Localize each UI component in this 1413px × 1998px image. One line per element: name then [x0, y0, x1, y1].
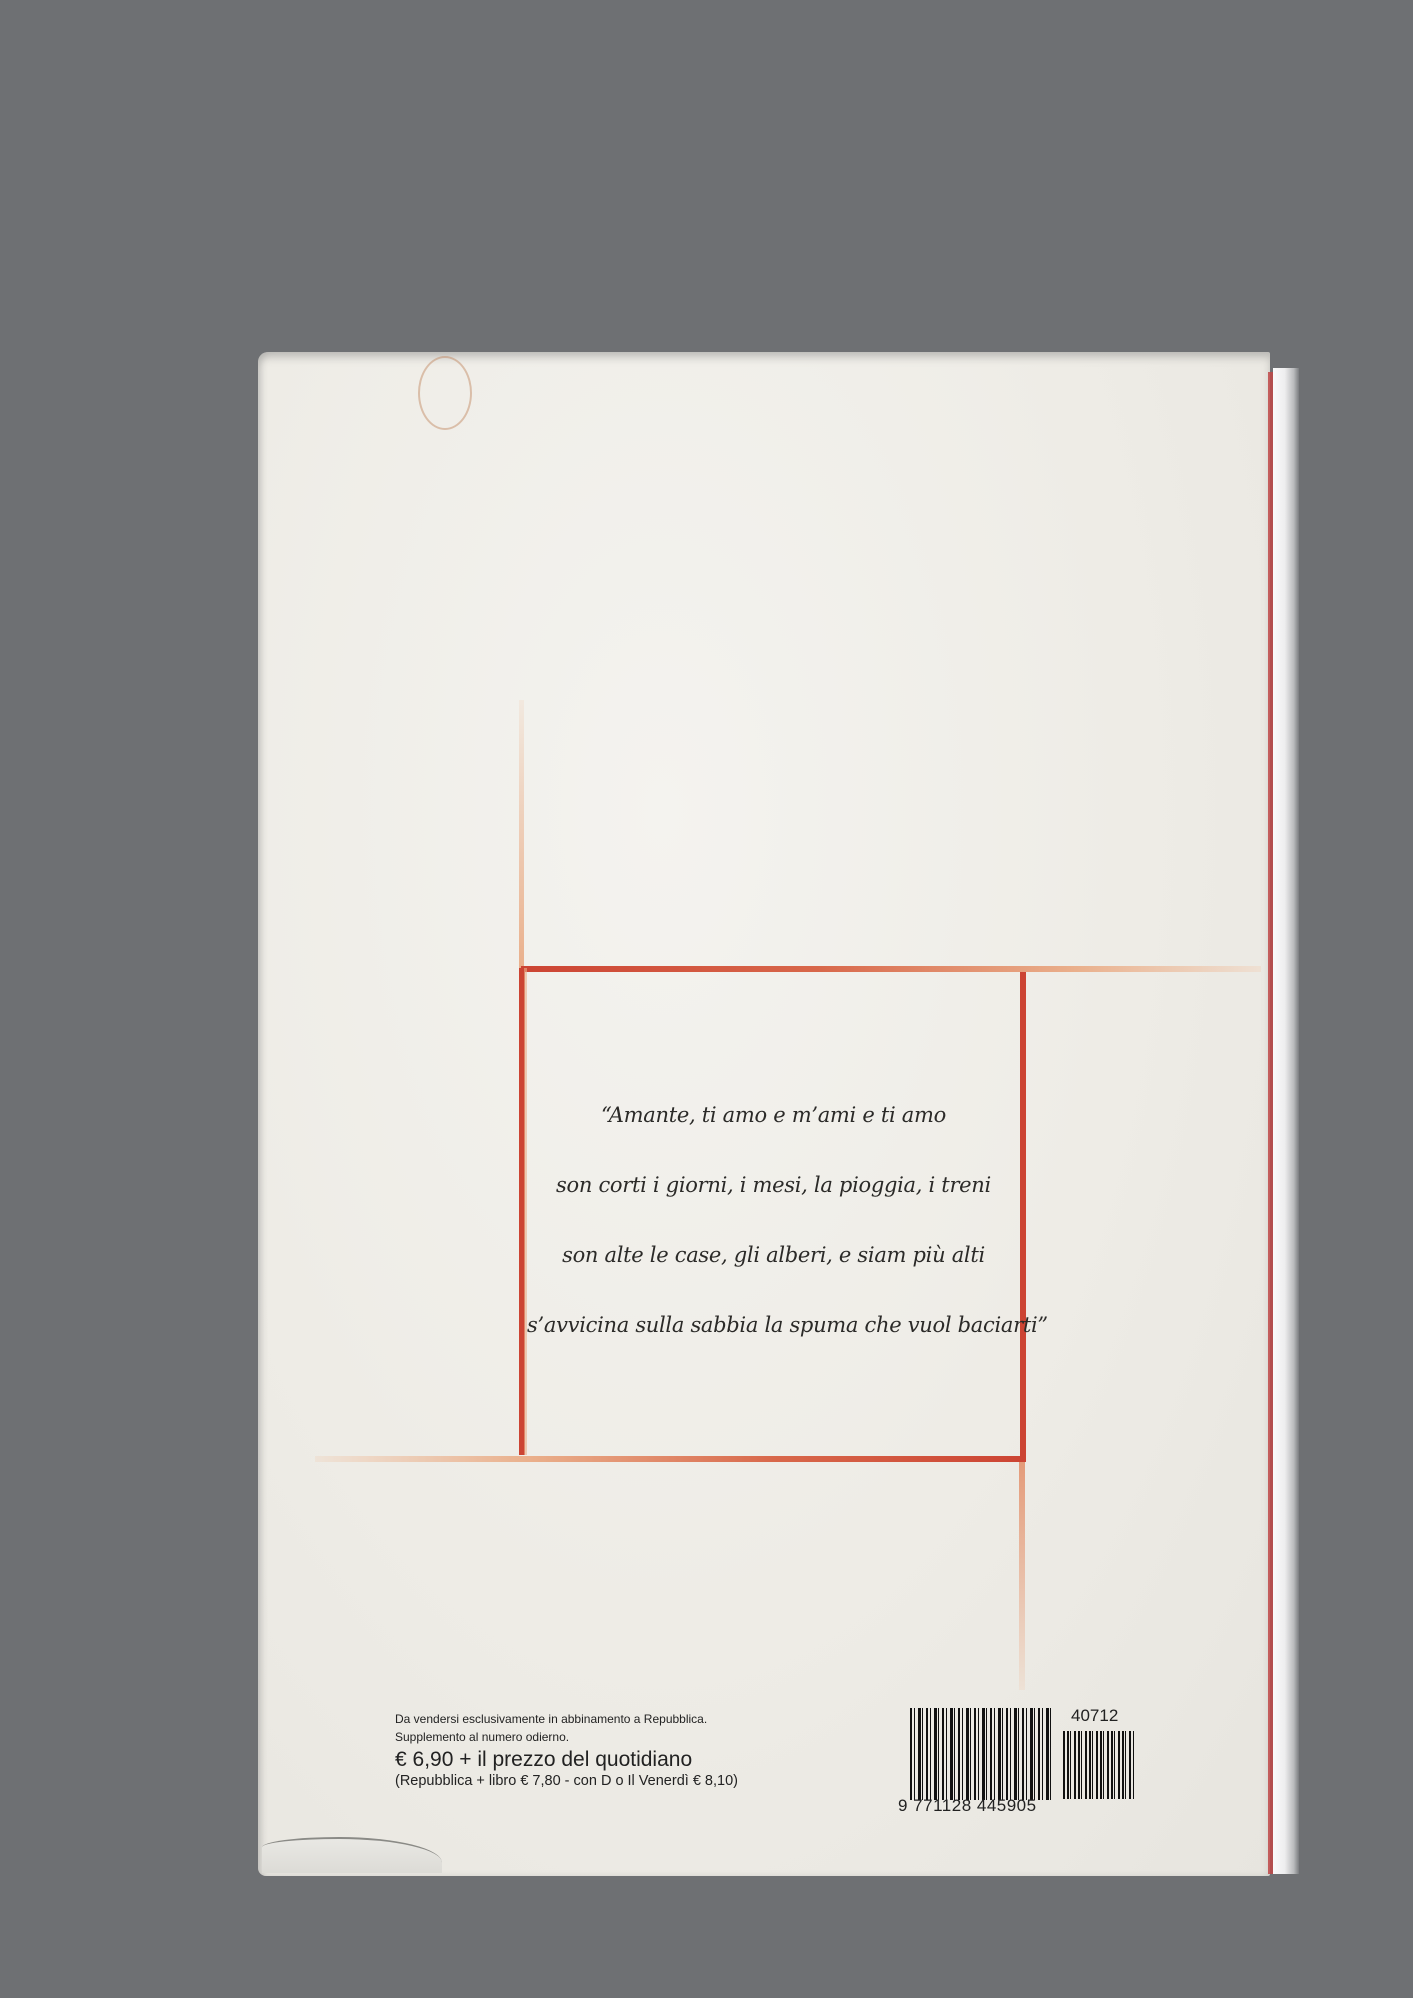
price-detail: (Repubblica + libro € 7,80 - con D o Il …	[395, 1772, 738, 1790]
addon-number: 40712	[1071, 1706, 1118, 1726]
scan-background: “Amante, ti amo e m’ami e ti amo son cor…	[0, 0, 1413, 1998]
decorative-line-top	[521, 966, 1261, 972]
addon-barcode-icon	[1063, 1731, 1134, 1799]
price-main: € 6,90 + il prezzo del quotidiano	[395, 1748, 738, 1772]
coffee-ring-stain	[418, 356, 472, 430]
decorative-line-left-upper	[519, 700, 524, 968]
sale-notice: Da vendersi esclusivamente in abbinament…	[395, 1710, 738, 1790]
poem-quote: “Amante, ti amo e m’ami e ti amo son cor…	[527, 1080, 1020, 1360]
quote-line-3: son alte le case, gli alberi, e siam più…	[527, 1220, 1020, 1290]
decorative-line-bottom	[315, 1456, 1026, 1462]
barcode-icon	[910, 1708, 1051, 1800]
supplement-note: Supplemento al numero odierno.	[395, 1728, 738, 1746]
sale-restriction: Da vendersi esclusivamente in abbinament…	[395, 1710, 738, 1728]
spine-bevel	[1273, 368, 1299, 1874]
ean-number: 9 771128 445905	[898, 1796, 1037, 1816]
decorative-line-right-red	[1020, 972, 1026, 1460]
decorative-line-right-lower	[1019, 1460, 1025, 1690]
quote-line-1: “Amante, ti amo e m’ami e ti amo	[527, 1080, 1020, 1150]
quote-line-2: son corti i giorni, i mesi, la pioggia, …	[527, 1150, 1020, 1220]
quote-line-4: s’avvicina sulla sabbia la spuma che vuo…	[527, 1290, 1020, 1360]
